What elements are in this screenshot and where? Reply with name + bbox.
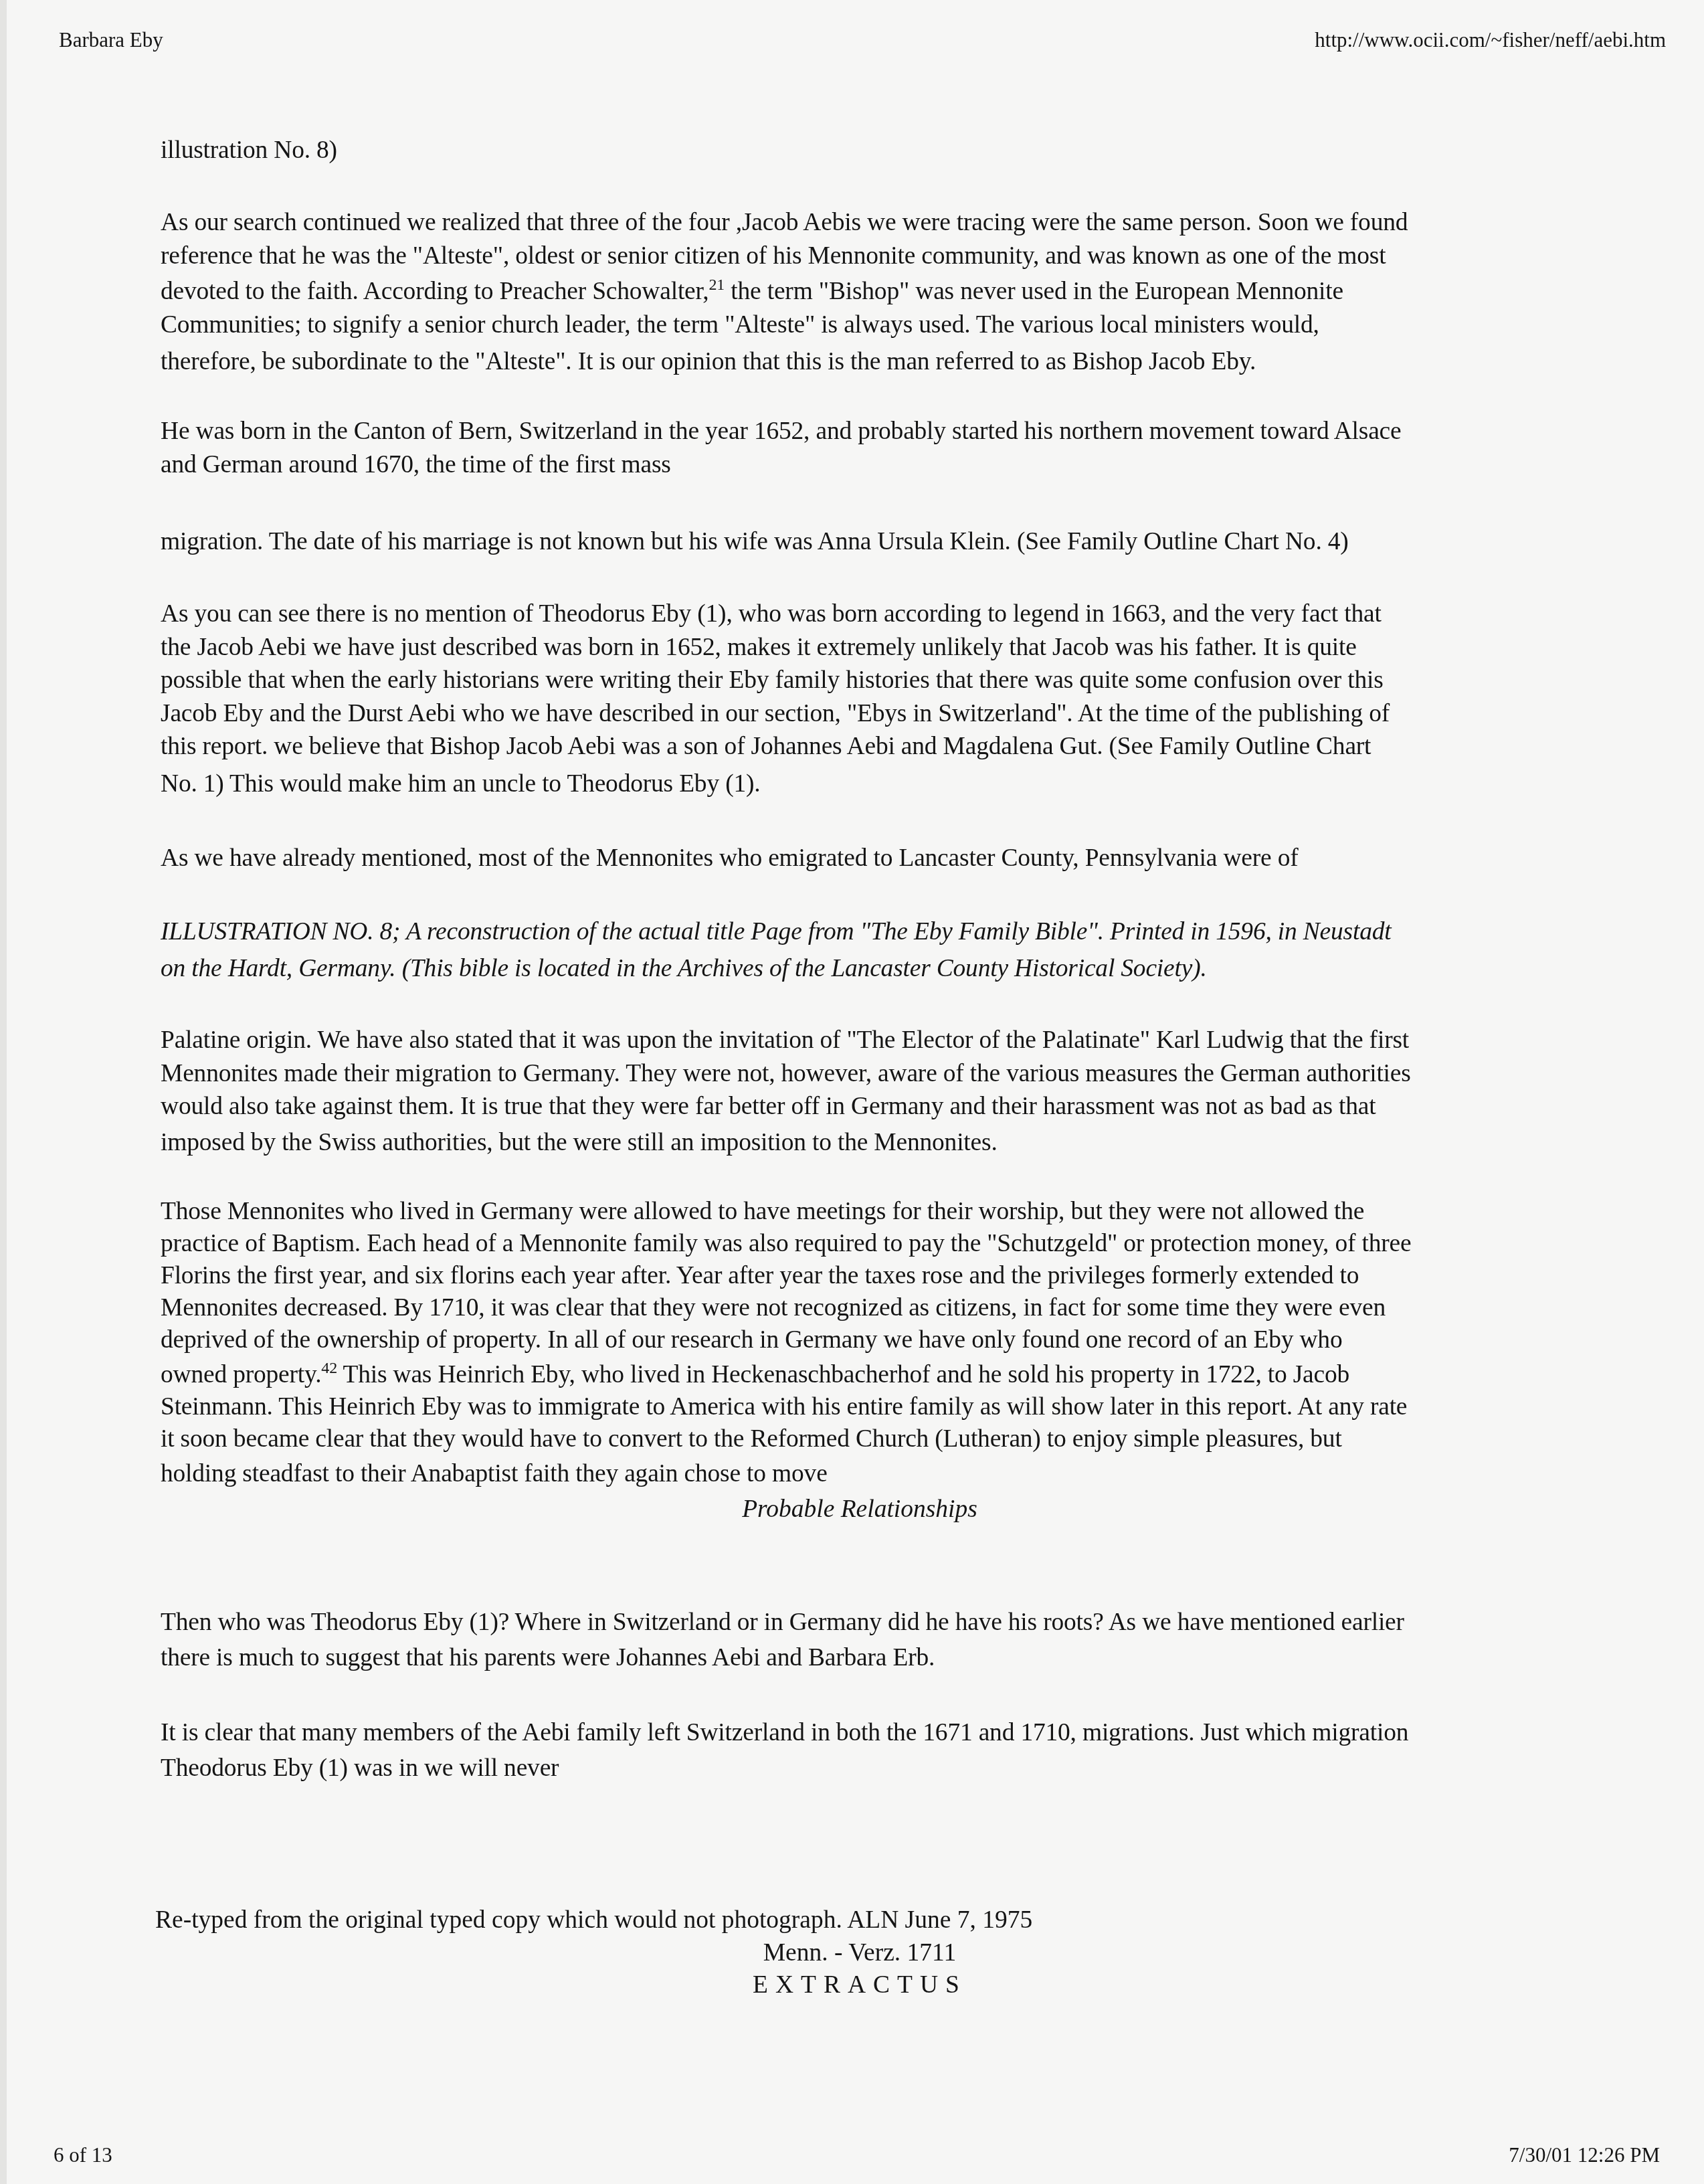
- scan-edge: [0, 0, 7, 2184]
- paragraph-palatine: Palatine origin. We have also stated tha…: [161, 1024, 1566, 1159]
- footnote-ref-42[interactable]: 42: [321, 1360, 337, 1377]
- subheading-probable-relationships: Probable Relationships: [0, 1495, 1704, 1524]
- paragraph-birth: He was born in the Canton of Bern, Switz…: [161, 415, 1566, 481]
- extractus-heading: EXTRACTUS: [0, 1971, 1704, 1999]
- paragraph-migrations: It is clear that many members of the Aeb…: [161, 1715, 1566, 1786]
- paragraph-alteste: As our search continued we realized that…: [161, 206, 1566, 379]
- paragraph-theodorus: As you can see there is no mention of Th…: [161, 598, 1566, 800]
- print-timestamp: 7/30/01 12:26 PM: [1509, 2143, 1660, 2167]
- paragraph-illustration-ref: illustration No. 8): [161, 134, 1566, 167]
- header-title: Barbara Eby: [59, 28, 163, 52]
- paragraph-lancaster: As we have already mentioned, most of th…: [161, 842, 1566, 875]
- footnote-ref-21[interactable]: 21: [709, 276, 725, 294]
- illustration-caption: ILLUSTRATION NO. 8; A reconstruction of …: [161, 913, 1566, 987]
- retyped-note: Re-typed from the original typed copy wh…: [155, 1906, 1032, 1934]
- paragraph-germany-mennonites: Those Mennonites who lived in Germany we…: [161, 1196, 1566, 1490]
- paragraph-marriage: migration. The date of his marriage is n…: [161, 525, 1566, 559]
- header-url[interactable]: http://www.ocii.com/~fisher/neff/aebi.ht…: [1315, 28, 1666, 52]
- page-number: 6 of 13: [54, 2143, 112, 2167]
- paragraph-who-was-theodorus: Then who was Theodorus Eby (1)? Where in…: [161, 1605, 1566, 1675]
- menn-verz-label: Menn. - Verz. 1711: [0, 1938, 1704, 1967]
